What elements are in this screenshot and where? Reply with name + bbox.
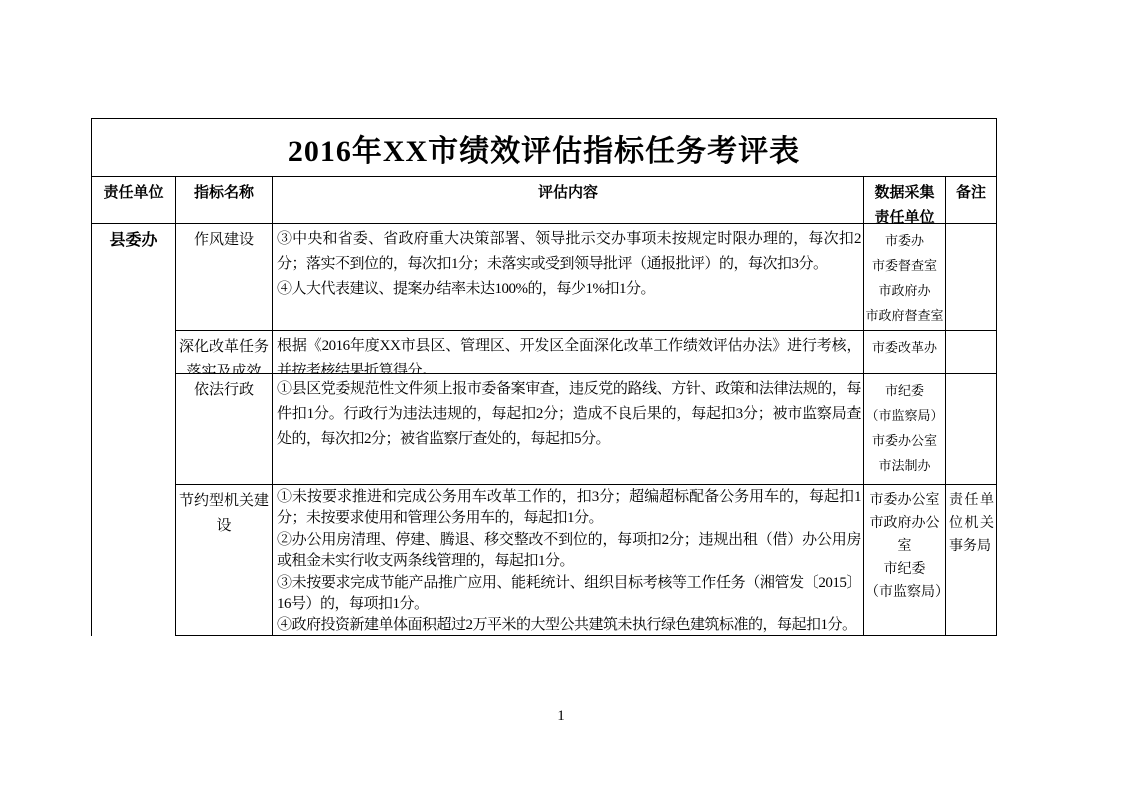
remark-cell bbox=[946, 374, 996, 485]
evaluation-content-cell: 根据《2016年度XX市县区、管理区、开发区全面深化改革工作绩效评估办法》进行考… bbox=[273, 331, 864, 374]
data-collection-unit-cell: 市委办 市委督查室 市政府办 市政府督查室 bbox=[864, 224, 946, 331]
header-indicator-name: 指标名称 bbox=[176, 177, 273, 224]
page-number: 1 bbox=[0, 708, 1122, 725]
table-header-row: 责任单位 指标名称 评估内容 数据采集 责任单位 备注 bbox=[92, 177, 996, 224]
indicator-cell: 依法行政 bbox=[176, 374, 273, 485]
data-collection-unit-cell: 市纪委 （市监察局） 市委办公室 市法制办 bbox=[864, 374, 946, 485]
table-title: 2016年XX市绩效评估指标任务考评表 bbox=[92, 119, 996, 177]
header-responsible-unit: 责任单位 bbox=[92, 177, 176, 224]
indicator-cell: 节约型机关建设 bbox=[176, 485, 273, 636]
remark-cell: 责任单位机关事务局 bbox=[946, 485, 996, 636]
document-page: 2016年XX市绩效评估指标任务考评表 责任单位 指标名称 评估内容 数据采集 … bbox=[0, 0, 1122, 793]
data-collection-unit-cell: 市委改革办 bbox=[864, 331, 946, 374]
data-collection-unit-cell: 市委办公室 市政府办公室 市纪委 （市监察局） bbox=[864, 485, 946, 636]
remark-cell bbox=[946, 331, 996, 374]
evaluation-content-cell: ③中央和省委、省政府重大决策部署、领导批示交办事项未按规定时限办理的，每次扣2分… bbox=[273, 224, 864, 331]
indicator-cell: 深化改革任务落实及成效 bbox=[176, 331, 273, 374]
evaluation-table: 2016年XX市绩效评估指标任务考评表 责任单位 指标名称 评估内容 数据采集 … bbox=[91, 118, 997, 636]
evaluation-content-cell: ①未按要求推进和完成公务用车改革工作的，扣3分；超编超标配备公务用车的，每起扣1… bbox=[273, 485, 864, 636]
evaluation-content-cell: ①县区党委规范性文件须上报市委备案审查，违反党的路线、方针、政策和法律法规的，每… bbox=[273, 374, 864, 485]
header-evaluation-content: 评估内容 bbox=[273, 177, 864, 224]
header-data-collection-unit: 数据采集 责任单位 bbox=[864, 177, 946, 224]
remark-cell bbox=[946, 224, 996, 331]
responsible-unit-cell: 县委办 bbox=[92, 224, 176, 636]
indicator-cell: 作风建设 bbox=[176, 224, 273, 331]
table-body: 县委办 作风建设 ③中央和省委、省政府重大决策部署、领导批示交办事项未按规定时限… bbox=[92, 224, 996, 636]
header-remark: 备注 bbox=[946, 177, 996, 224]
